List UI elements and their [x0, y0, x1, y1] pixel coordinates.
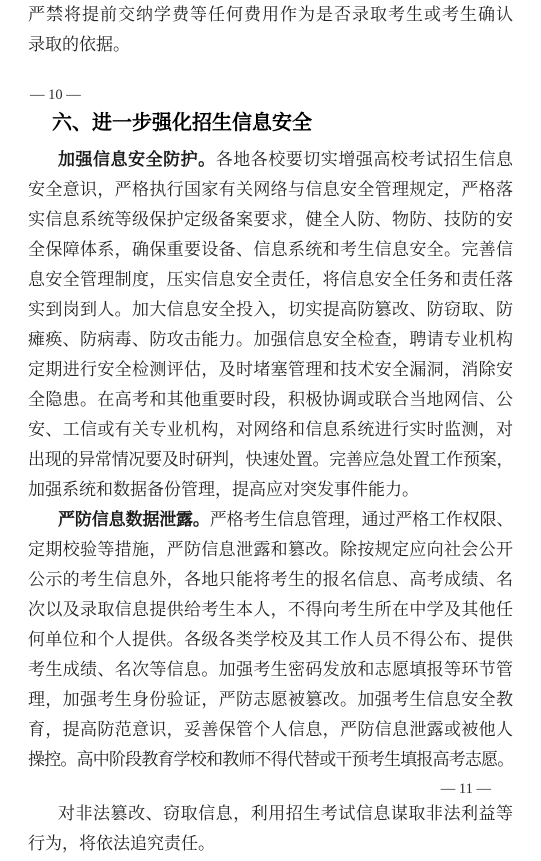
document-line: 育，提高防范意识，妥善保管个人信息，严防信息泄露或被他人 [28, 715, 513, 745]
page-number-10: — 10 — [28, 82, 513, 108]
document-line: 理，加强考生身份验证，严防志愿被篡改。加强考生信息安全教 [28, 685, 513, 715]
document-line: 对非法篡改、窃取信息，利用招生考试信息谋取非法利益等 [28, 799, 513, 829]
document-line: 考生成绩、名次等信息。加强考生密码发放和志愿填报等环节管 [28, 655, 513, 685]
document-line: 出现的异常情况要及时研判，快速处置。完善应急处置工作预案， [28, 445, 513, 475]
document-line: 加强系统和数据备份管理，提高应对突发事件能力。 [28, 475, 513, 505]
document-line: 实信息系统等级保护定级备案要求，健全人防、物防、技防的安 [28, 205, 513, 235]
document-line: 次以及录取信息提供给考生本人，不得向考生所在中学及其他任 [28, 595, 513, 625]
document-page: 严禁将提前交纳学费等任何费用作为是否录取考生或考生确认 录取的依据。 — 10 … [0, 0, 541, 861]
document-line: 操控。高中阶段教育学校和教师不得代替或干预考生填报高考志愿。 [28, 745, 513, 775]
document-line: 瘫痪、防病毒、防攻击能力。加强信息安全检查，聘请专业机构 [28, 325, 513, 355]
document-line: 严防信息数据泄露。严格考生信息管理，通过严格工作权限、 [28, 505, 513, 535]
bold-lead: 严防信息数据泄露。 [58, 510, 210, 529]
paragraph-legal-liability: 对非法篡改、窃取信息，利用招生考试信息谋取非法利益等 行为，将依法追究责任。 [28, 799, 513, 859]
section-heading: 六、进一步强化招生信息安全 [28, 108, 513, 138]
document-line: 实到岗到人。加大信息安全投入，切实提高防篡改、防窃取、防 [28, 295, 513, 325]
paragraph-info-data-leak: 严防信息数据泄露。严格考生信息管理，通过严格工作权限、 定期校验等措施，严防信息… [28, 505, 513, 775]
document-line: 加强信息安全防护。各地各校要切实增强高校考试招生信息 [28, 145, 513, 175]
document-line: 安、工信或有关专业机构，对网络和信息系统进行实时监测，对 [28, 415, 513, 445]
document-line: 何单位和个人提供。各级各类学校及其工作人员不得公布、提供 [28, 625, 513, 655]
document-line: 安全意识，严格执行国家有关网络与信息安全管理规定，严格落 [28, 175, 513, 205]
document-line: 公示的考生信息外，各地只能将考生的报名信息、高考成绩、名 [28, 565, 513, 595]
paragraph-info-security-protection: 加强信息安全防护。各地各校要切实增强高校考试招生信息 安全意识，严格执行国家有关… [28, 145, 513, 505]
document-line: 定期校验等措施，严防信息泄露和篡改。除按规定应向社会公开 [28, 535, 513, 565]
document-line: 行为，将依法追究责任。 [28, 829, 513, 859]
line-text: 严格考生信息管理，通过严格工作权限、 [210, 510, 513, 529]
document-line: 全隐患。在高考和其他重要时段，积极协调或联合当地网信、公 [28, 385, 513, 415]
paragraph-continued: 严禁将提前交纳学费等任何费用作为是否录取考生或考生确认 录取的依据。 [28, 0, 513, 60]
document-line: 定期进行安全检测评估，及时堵塞管理和技术安全漏洞，消除安 [28, 355, 513, 385]
bold-lead: 加强信息安全防护。 [58, 150, 216, 169]
document-line: 录取的依据。 [28, 30, 513, 60]
document-line: 息安全管理制度，压实信息安全责任，将信息安全任务和责任落 [28, 265, 513, 295]
line-text: 各地各校要切实增强高校考试招生信息 [216, 150, 513, 169]
page-number-11: — 11 — [28, 779, 513, 799]
document-line: 严禁将提前交纳学费等任何费用作为是否录取考生或考生确认 [28, 0, 513, 30]
document-line: 全保障体系，确保重要设备、信息系统和考生信息安全。完善信 [28, 235, 513, 265]
